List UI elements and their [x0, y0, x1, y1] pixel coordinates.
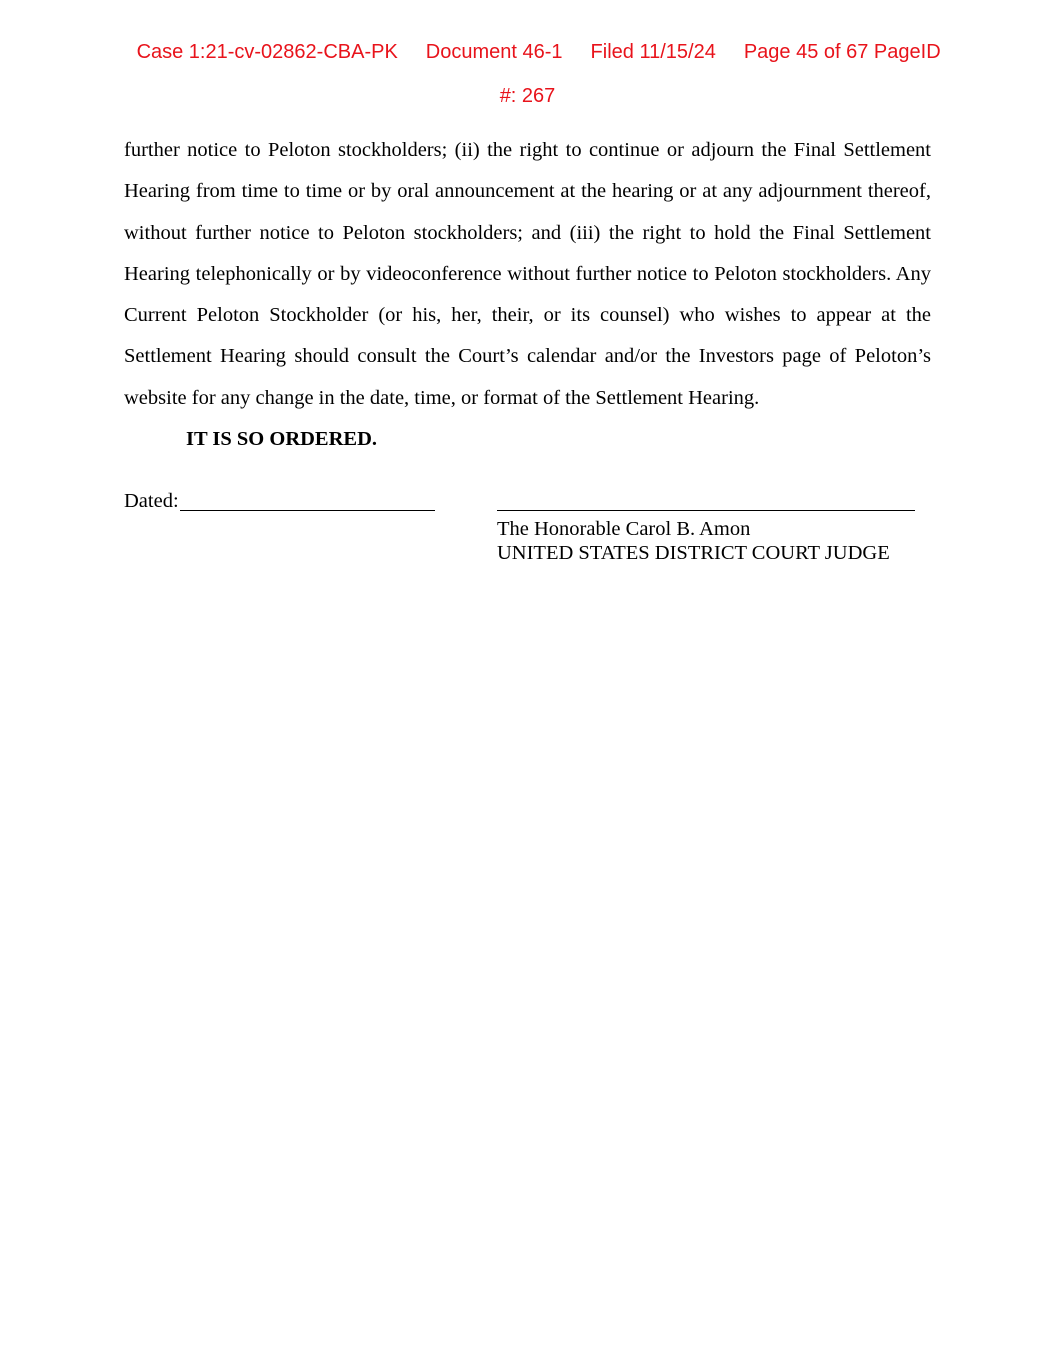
dated-label: Dated: [124, 490, 179, 513]
order-statement: IT IS SO ORDERED. [186, 428, 377, 451]
page-number: Page 45 of 67 PageID [744, 41, 941, 63]
date-signature-line [180, 510, 435, 511]
case-number: Case 1:21-cv-02862-CBA-PK [137, 41, 398, 63]
judge-signature-line [497, 510, 915, 511]
judge-title: UNITED STATES DISTRICT COURT JUDGE [497, 541, 890, 565]
signature-block: The Honorable Carol B. Amon UNITED STATE… [497, 517, 890, 565]
judge-name: The Honorable Carol B. Amon [497, 517, 890, 541]
court-filing-header: Case 1:21-cv-02862-CBA-PKDocument 46-1Fi… [0, 19, 1055, 107]
document-number: Document 46-1 [426, 41, 563, 63]
page-id: #: 267 [0, 85, 1055, 107]
body-paragraph: further notice to Peloton stockholders; … [124, 130, 931, 419]
filed-date: Filed 11/15/24 [591, 41, 716, 63]
